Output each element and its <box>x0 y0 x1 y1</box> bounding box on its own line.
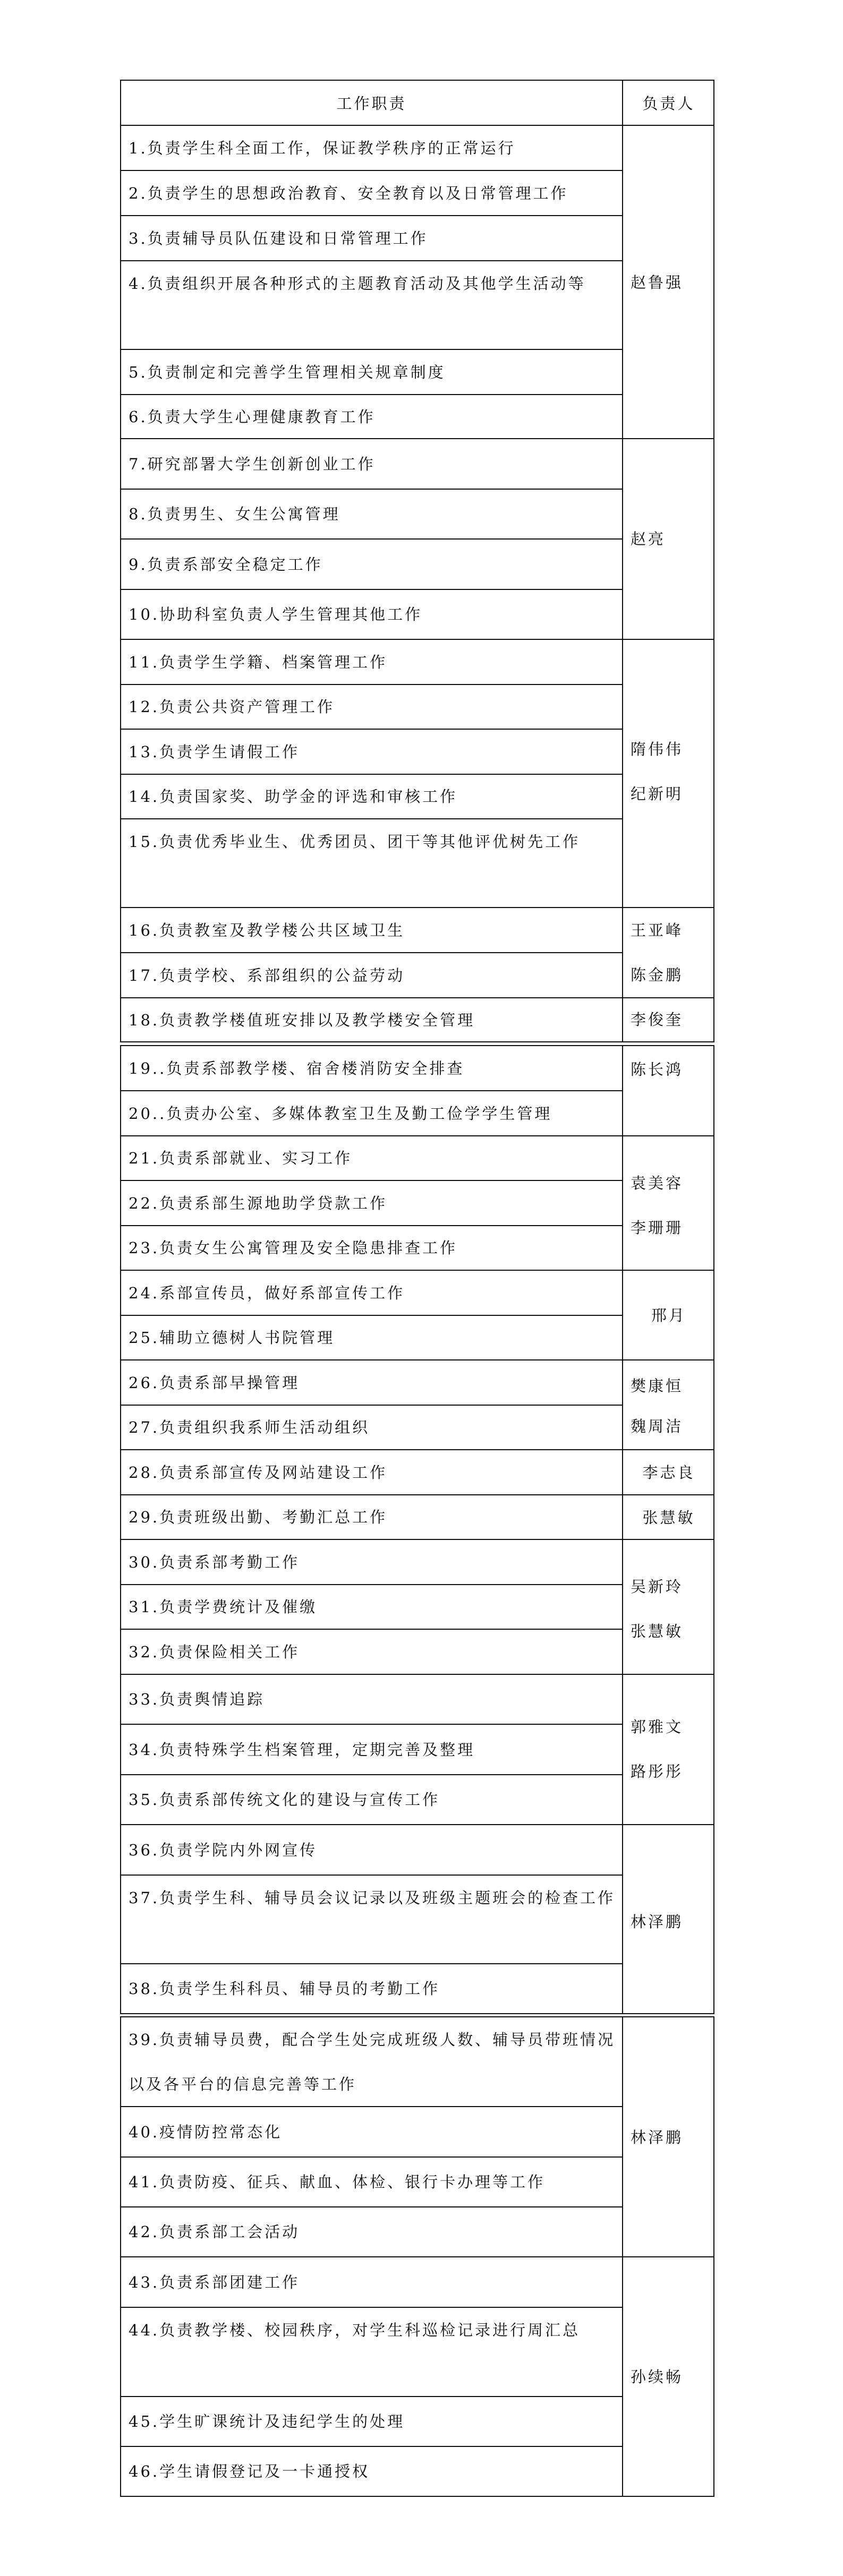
table-row: 6.负责大学生心理健康教育工作 <box>121 395 622 439</box>
person-cell: 袁美容 李珊珊 <box>622 1136 714 1271</box>
table-row: 21.负责系部就业、实习工作 <box>121 1136 622 1181</box>
table-row: 27.负责组织我系师生活动组织 <box>121 1406 622 1450</box>
duty-text: 21.负责系部就业、实习工作 <box>129 1136 619 1180</box>
duty-text: 33.负责舆情追踪 <box>129 1675 619 1724</box>
table-row: 22.负责系部生源地助学贷款工作 <box>121 1181 622 1226</box>
person-cell: 陈长鸿 <box>622 1046 714 1136</box>
table-row: 29.负责班级出勤、考勤汇总工作 <box>121 1495 622 1540</box>
duty-text: 22.负责系部生源地助学贷款工作 <box>129 1181 619 1225</box>
table-row: 20..负责办公室、多媒体教室卫生及勤工俭学学生管理 <box>121 1091 622 1136</box>
duty-text: 4.负责组织开展各种形式的主题教育活动及其他学生活动等 <box>129 261 619 349</box>
person-cell: 樊康恒 魏周洁 <box>622 1360 714 1450</box>
table-row: 10.协助科室负责人学生管理其他工作 <box>121 590 622 640</box>
duty-text: 18.负责教学楼值班安排以及教学楼安全管理 <box>129 998 619 1041</box>
duty-text: 39.负责辅导员费，配合学生处完成班级人数、辅导员带班情况以及各平台的信息完善等… <box>129 2017 619 2106</box>
person-name: 郭雅文 <box>631 1717 683 1736</box>
person-name: 张慧敏 <box>623 1508 714 1527</box>
person-name: 赵亮 <box>631 529 666 549</box>
duty-text: 46.学生请假登记及一卡通授权 <box>129 2447 619 2496</box>
person-name: 赵鲁强 <box>631 273 683 292</box>
table-row: 43.负责系部团建工作 <box>121 2257 622 2308</box>
duty-table-part-2: 19..负责系部教学楼、宿舍楼消防安全排查 20..负责办公室、多媒体教室卫生及… <box>120 1045 714 2014</box>
duty-text: 14.负责国家奖、助学金的评选和审核工作 <box>129 775 619 818</box>
duty-text: 41.负责防疫、征兵、献血、体检、银行卡办理等工作 <box>129 2158 619 2206</box>
table-row: 45.学生旷课统计及违纪学生的处理 <box>121 2397 622 2447</box>
person-name: 李珊珊 <box>631 1218 683 1237</box>
duty-text: 32.负责保险相关工作 <box>129 1630 619 1674</box>
person-cell: 李志良 <box>622 1450 714 1495</box>
duty-text: 8.负责男生、女生公寓管理 <box>129 490 619 538</box>
table-row: 44.负责教学楼、校园秩序，对学生科巡检记录进行周汇总 <box>121 2308 622 2397</box>
duty-text: 45.学生旷课统计及违纪学生的处理 <box>129 2397 619 2446</box>
duty-text: 29.负责班级出勤、考勤汇总工作 <box>129 1495 619 1539</box>
person-cell: 孙续畅 <box>622 2257 714 2496</box>
duty-text: 34.负责特殊学生档案管理，定期完善及整理 <box>129 1725 619 1774</box>
duty-text: 25.辅助立德树人书院管理 <box>129 1316 619 1359</box>
table-row: 24.系部宣传员，做好系部宣传工作 <box>121 1271 622 1316</box>
table-row: 13.负责学生请假工作 <box>121 730 622 775</box>
table-row: 42.负责系部工会活动 <box>121 2207 622 2257</box>
person-name: 林泽鹏 <box>631 2128 683 2147</box>
table-row: 25.辅助立德树人书院管理 <box>121 1316 622 1360</box>
person-name: 路彤彤 <box>631 1762 683 1781</box>
person-cell: 林泽鹏 <box>622 2017 714 2257</box>
table-row: 1.负责学生科全面工作，保证教学秩序的正常运行 <box>121 126 622 171</box>
person-name: 樊康恒 <box>631 1376 683 1396</box>
person-cell: 王亚峰 陈金鹏 <box>622 908 714 998</box>
table-row: 17.负责学校、系部组织的公益劳动 <box>121 953 622 998</box>
duty-text: 3.负责辅导员队伍建设和日常管理工作 <box>129 216 619 260</box>
table-row: 18.负责教学楼值班安排以及教学楼安全管理 <box>121 998 622 1041</box>
table-row: 30.负责系部考勤工作 <box>121 1540 622 1585</box>
table-row: 31.负责学费统计及催缴 <box>121 1585 622 1630</box>
table-row: 16.负责教室及教学楼公共区域卫生 <box>121 908 622 953</box>
person-cell: 赵鲁强 <box>622 126 714 439</box>
table-row: 8.负责男生、女生公寓管理 <box>121 490 622 540</box>
person-cell: 邢月 <box>622 1271 714 1360</box>
duty-text: 26.负责系部早操管理 <box>129 1360 619 1405</box>
duty-text: 12.负责公共资产管理工作 <box>129 685 619 729</box>
duty-text: 1.负责学生科全面工作，保证教学秩序的正常运行 <box>129 126 619 170</box>
person-name: 张慧敏 <box>631 1622 683 1641</box>
table-row: 41.负责防疫、征兵、献血、体检、银行卡办理等工作 <box>121 2158 622 2207</box>
duty-text: 28.负责系部宣传及网站建设工作 <box>129 1450 619 1494</box>
table-row: 9.负责系部安全稳定工作 <box>121 540 622 590</box>
person-name: 孙续畅 <box>631 2367 683 2386</box>
table-row: 7.研究部署大学生创新创业工作 <box>121 439 622 490</box>
table-row: 11.负责学生学籍、档案管理工作 <box>121 640 622 685</box>
table-row: 3.负责辅导员队伍建设和日常管理工作 <box>121 216 622 261</box>
header-duty-label: 工作职责 <box>336 92 406 114</box>
table-row: 14.负责国家奖、助学金的评选和审核工作 <box>121 775 622 819</box>
table-row: 15.负责优秀毕业生、优秀团员、团干等其他评优树先工作 <box>121 819 622 908</box>
table-row: 33.负责舆情追踪 <box>121 1675 622 1725</box>
duty-text: 36.负责学院内外网宣传 <box>129 1825 619 1875</box>
table-row: 28.负责系部宣传及网站建设工作 <box>121 1450 622 1495</box>
person-cell: 吴新玲 张慧敏 <box>622 1540 714 1675</box>
person-cell: 李俊奎 <box>622 998 714 1041</box>
duty-text: 2.负责学生的思想政治教育、安全教育以及日常管理工作 <box>129 171 619 215</box>
duty-text: 16.负责教室及教学楼公共区域卫生 <box>129 908 619 952</box>
table-row: 40.疫情防控常态化 <box>121 2107 622 2158</box>
duty-text: 30.负责系部考勤工作 <box>129 1540 619 1584</box>
table-row: 5.负责制定和完善学生管理相关规章制度 <box>121 350 622 395</box>
duty-text: 17.负责学校、系部组织的公益劳动 <box>129 953 619 997</box>
table-row: 37.负责学生科、辅导员会议记录以及班级主题班会的检查工作 <box>121 1876 622 1964</box>
person-name: 李俊奎 <box>631 1010 683 1029</box>
person-name: 隋伟伟 <box>631 740 683 759</box>
header-duty: 工作职责 <box>121 81 622 126</box>
duty-text: 42.负责系部工会活动 <box>129 2207 619 2256</box>
person-cell: 赵亮 <box>622 439 714 640</box>
person-name: 李志良 <box>623 1463 714 1482</box>
duty-text: 7.研究部署大学生创新创业工作 <box>129 439 619 489</box>
duty-text: 35.负责系部传统文化的建设与宣传工作 <box>129 1775 619 1824</box>
person-name: 陈金鹏 <box>631 965 683 985</box>
table-row: 4.负责组织开展各种形式的主题教育活动及其他学生活动等 <box>121 261 622 350</box>
duty-text: 43.负责系部团建工作 <box>129 2257 619 2307</box>
table-row: 12.负责公共资产管理工作 <box>121 685 622 730</box>
duty-text: 11.负责学生学籍、档案管理工作 <box>129 640 619 684</box>
duty-text: 10.协助科室负责人学生管理其他工作 <box>129 590 619 639</box>
duty-text: 13.负责学生请假工作 <box>129 730 619 774</box>
table-row: 36.负责学院内外网宣传 <box>121 1825 622 1876</box>
duty-text: 15.负责优秀毕业生、优秀团员、团干等其他评优树先工作 <box>129 819 619 907</box>
header-person-label: 负责人 <box>642 92 695 114</box>
person-cell: 林泽鹏 <box>622 1825 714 2013</box>
duty-text: 20..负责办公室、多媒体教室卫生及勤工俭学学生管理 <box>129 1091 619 1135</box>
person-name: 陈长鸿 <box>631 1060 683 1079</box>
header-person: 负责人 <box>622 81 714 126</box>
duty-text: 19..负责系部教学楼、宿舍楼消防安全排查 <box>129 1046 619 1090</box>
duty-table-part-1: 工作职责 负责人 1.负责学生科全面工作，保证教学秩序的正常运行 2.负责学生的… <box>120 80 714 1042</box>
person-name: 吴新玲 <box>631 1577 683 1596</box>
table-row: 46.学生请假登记及一卡通授权 <box>121 2447 622 2496</box>
duty-text: 31.负责学费统计及催缴 <box>129 1585 619 1629</box>
table-row: 39.负责辅导员费，配合学生处完成班级人数、辅导员带班情况以及各平台的信息完善等… <box>121 2017 622 2107</box>
duty-text: 40.疫情防控常态化 <box>129 2107 619 2156</box>
person-cell: 隋伟伟 纪新明 <box>622 640 714 908</box>
duty-text: 9.负责系部安全稳定工作 <box>129 540 619 589</box>
person-name: 林泽鹏 <box>631 1912 683 1931</box>
table-row: 2.负责学生的思想政治教育、安全教育以及日常管理工作 <box>121 171 622 216</box>
table-row: 35.负责系部传统文化的建设与宣传工作 <box>121 1775 622 1825</box>
duty-text: 38.负责学生科科员、辅导员的考勤工作 <box>129 1964 619 2013</box>
table-row: 38.负责学生科科员、辅导员的考勤工作 <box>121 1964 622 2013</box>
duty-text: 24.系部宣传员，做好系部宣传工作 <box>129 1271 619 1315</box>
table-row: 23.负责女生公寓管理及安全隐患排查工作 <box>121 1226 622 1271</box>
table-row: 26.负责系部早操管理 <box>121 1360 622 1406</box>
person-name: 邢月 <box>623 1306 714 1325</box>
table-row: 34.负责特殊学生档案管理，定期完善及整理 <box>121 1725 622 1775</box>
person-name: 纪新明 <box>631 784 683 803</box>
duty-text: 37.负责学生科、辅导员会议记录以及班级主题班会的检查工作 <box>129 1876 619 1963</box>
duty-text: 5.负责制定和完善学生管理相关规章制度 <box>129 350 619 394</box>
duty-table-part-3: 39.负责辅导员费，配合学生处完成班级人数、辅导员带班情况以及各平台的信息完善等… <box>120 2016 714 2497</box>
duty-text: 23.负责女生公寓管理及安全隐患排查工作 <box>129 1226 619 1270</box>
person-cell: 张慧敏 <box>622 1495 714 1540</box>
duty-text: 44.负责教学楼、校园秩序，对学生科巡检记录进行周汇总 <box>129 2308 619 2396</box>
table-row: 19..负责系部教学楼、宿舍楼消防安全排查 <box>121 1046 622 1091</box>
person-name: 袁美容 <box>631 1174 683 1193</box>
table-row: 32.负责保险相关工作 <box>121 1630 622 1675</box>
person-name: 魏周洁 <box>631 1417 683 1436</box>
person-name: 王亚峰 <box>631 921 683 940</box>
duty-text: 27.负责组织我系师生活动组织 <box>129 1406 619 1449</box>
person-cell: 郭雅文 路彤彤 <box>622 1675 714 1825</box>
duty-text: 6.负责大学生心理健康教育工作 <box>129 395 619 438</box>
